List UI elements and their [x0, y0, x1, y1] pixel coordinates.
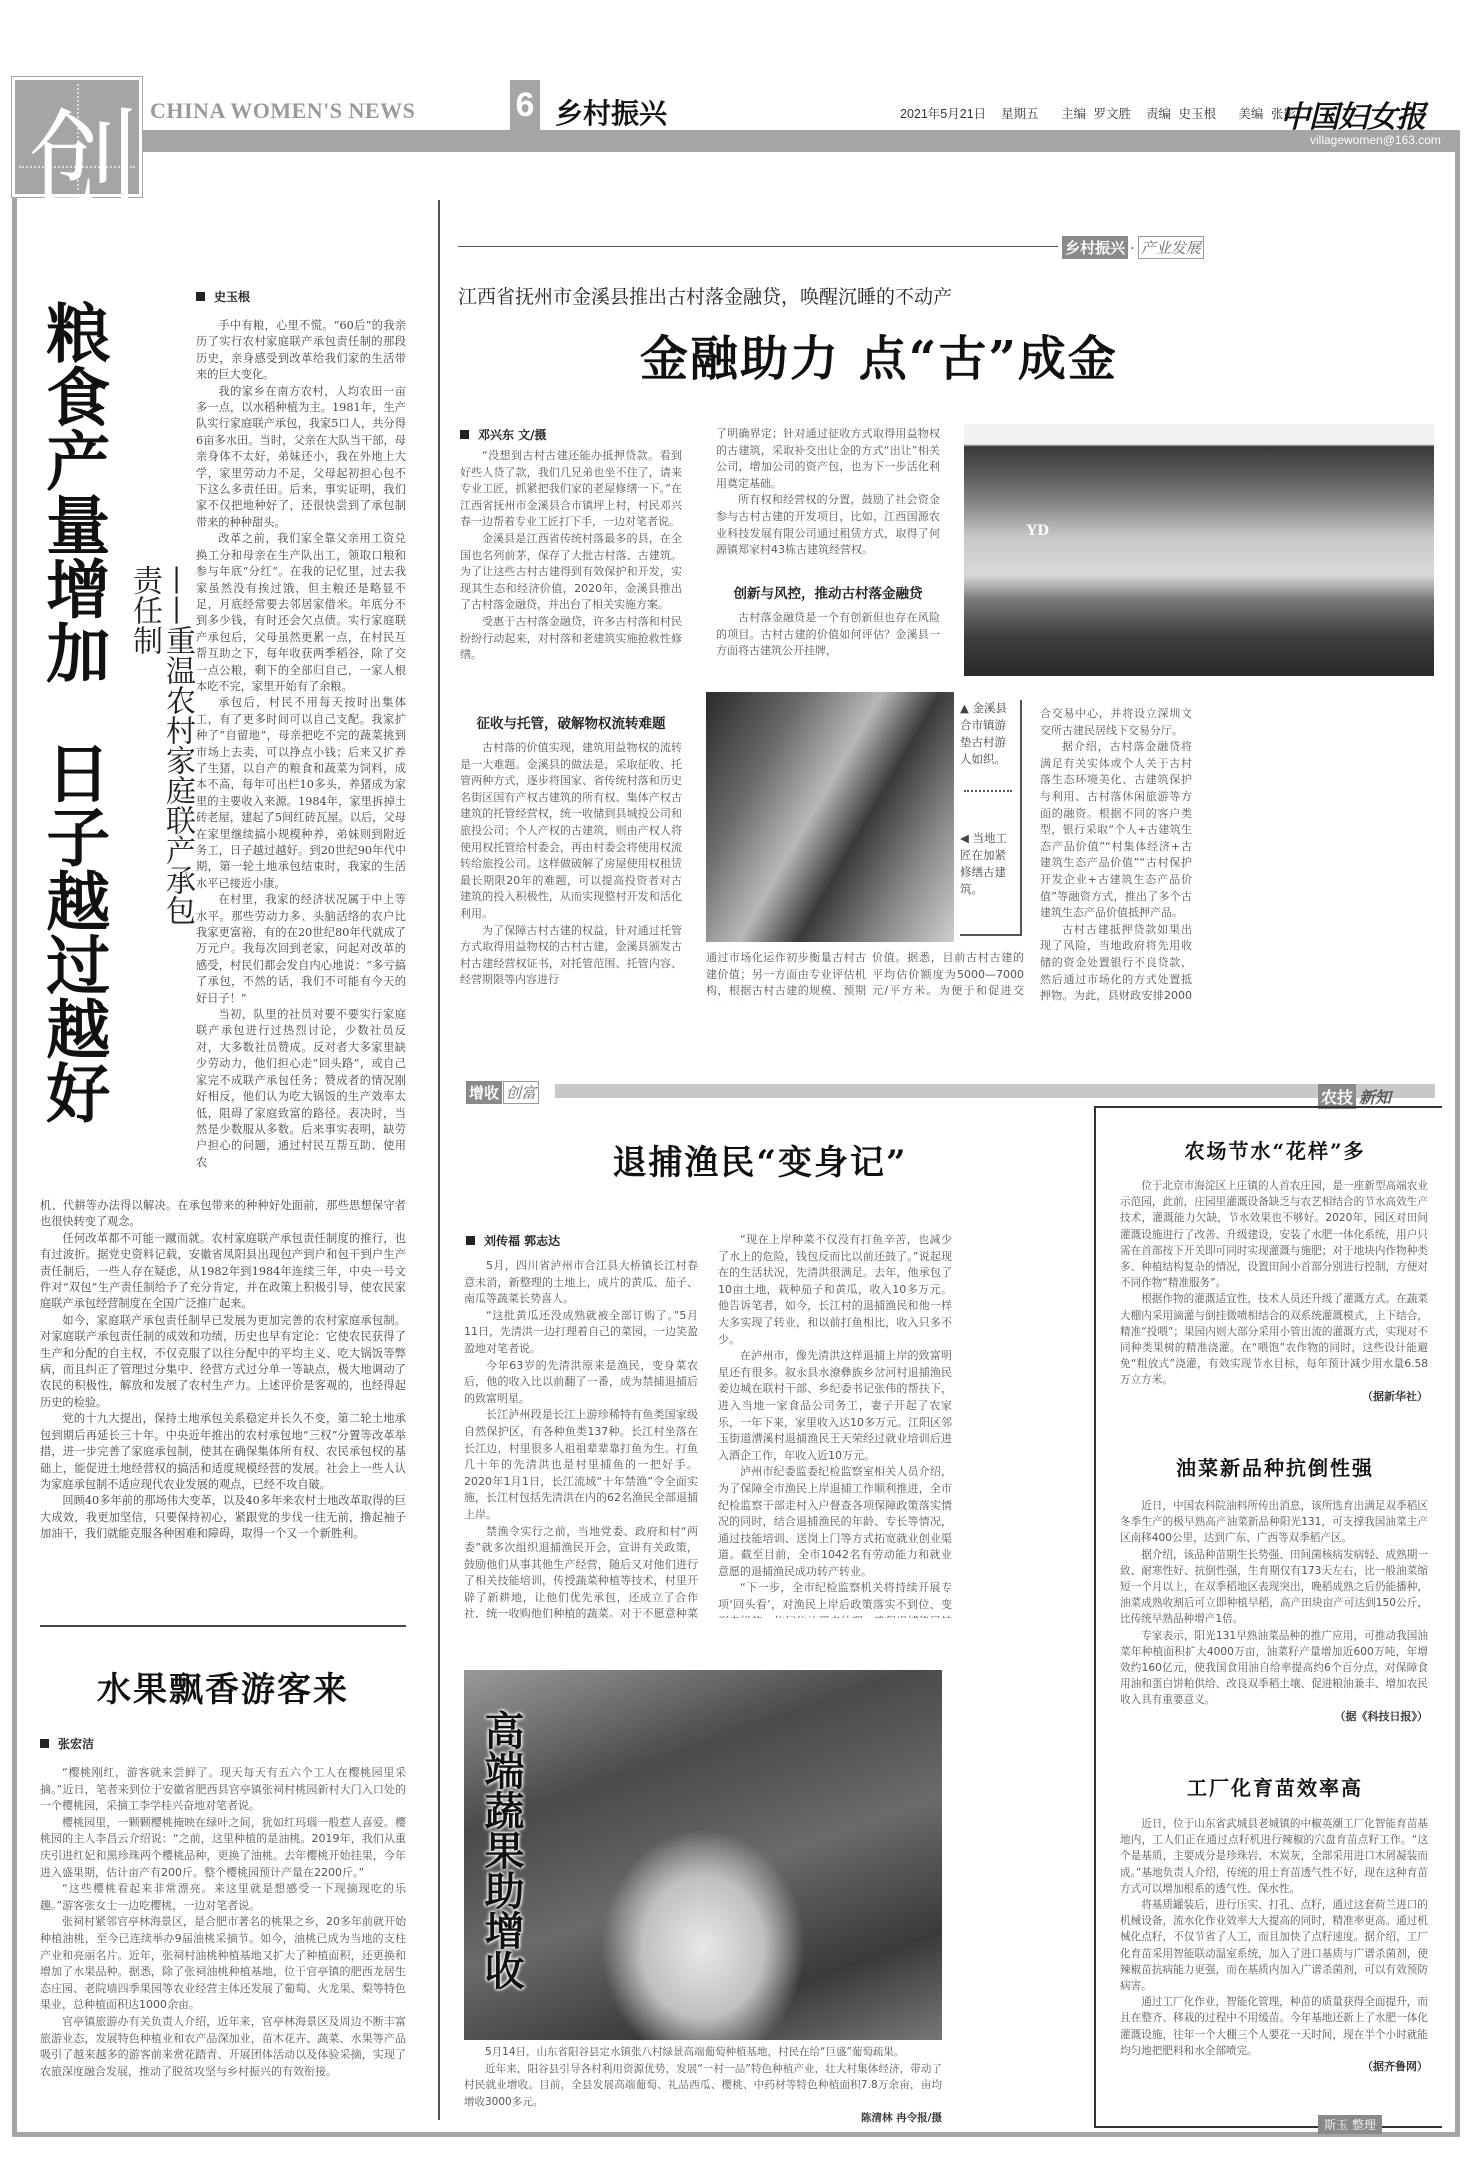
paragraph: 为了保障古村古建的权益，针对通过托管方式取得用益物权的古村古建，金溪县颁发古村古…	[460, 923, 682, 989]
byline-square-icon	[196, 292, 205, 301]
finance-col2b: 古村落金融贷是一个有创新但也存在风险的项目。古村古建的价值如何评估？金溪县一方面…	[716, 610, 940, 666]
paragraph: 禁渔令实行之前，当地党委、政府和村“两委”就多次组织退捕渔民开会，宣讲有关政策，…	[464, 1524, 698, 1619]
paragraph: 古村古建抵押贷款如果出现了风险，当地政府将先用收储的资金处置银行不良贷款，然后通…	[1040, 922, 1192, 1006]
article-headline-fishermen: 退捕渔民“变身记”	[440, 1135, 1080, 1184]
column-tag-fishermen: 增收创富	[466, 1081, 539, 1104]
subhead-finance-1: 征收与托管，破解物权流转难题	[460, 712, 682, 732]
caption-separator	[964, 790, 1012, 792]
column-tag-light: 创富	[503, 1081, 539, 1104]
paragraph: 近日，位于山东省武城县老城镇的中椒英潮工厂化智能育苗基地内，工人们正在通过点籽机…	[1120, 1816, 1428, 1897]
paper-english-name: CHINA WOMEN'S NEWS	[150, 98, 415, 124]
photo-grape-caption: 5月14日，山东省阳谷县定水镇张八村绿景高端葡萄种植基地，村民在给“巨盛”葡萄疏…	[464, 2044, 942, 2127]
subhead-finance-2: 创新与风控，推动古村落金融贷	[716, 582, 940, 602]
tech-title-1: 农场节水“花样”多	[1110, 1135, 1440, 1164]
photo-ancient-village: YD	[964, 424, 1434, 676]
tech-title-3: 工厂化育苗效率高	[1110, 1772, 1440, 1801]
column-tag-dark: 增收	[466, 1081, 502, 1104]
byline-square-icon	[460, 430, 469, 439]
issue-info: 2021年5月21日 星期五 主编 罗文胜 责编 史玉根 美编 张影	[900, 104, 1296, 122]
tech-body-1: 位于北京市海淀区上庄镇的人首农庄园，是一座新型高端农业示范园，此前，庄园里灌溉设…	[1120, 1178, 1428, 1405]
column-tag-light: 新知	[1357, 1085, 1393, 1108]
headline-line-1: 粮食产量增加	[35, 300, 110, 684]
section-logo: 创	[12, 77, 142, 197]
paragraph: 今年63岁的先清洪原来是渔民，变身菜农后，他的收入比以前翻了一番，成为禁捕退捕后…	[464, 1358, 698, 1408]
paragraph: 回顾40多年前的那场伟大变革，以及40多年来农村土地改革取得的巨大成效，我更加坚…	[40, 1493, 406, 1542]
column-tag-finance: 乡村振兴·产业发展	[1062, 236, 1204, 259]
grain-body-wide: 机、代耕等办法得以解决。在承包带来的种种好处面前，那些思想保守者也很快转变了观念…	[40, 1198, 406, 1578]
paragraph: 位于北京市海淀区上庄镇的人首农庄园，是一座新型高端农业示范园，此前，庄园里灌溉设…	[1120, 1178, 1428, 1291]
section-divider	[40, 1625, 406, 1627]
paragraph: 5月，四川省泸州市合江县大桥镇长江村春意未消，新整理的土地上，成片的黄瓜、茄子、…	[464, 1258, 698, 1308]
paragraph: 在村里，我家的经济状况属于中上等水平。那些劳动力多、头脑活络的农户比我家更富裕，…	[196, 892, 406, 1007]
box-top-rule	[1094, 1106, 1316, 1108]
paragraph: “这些樱桃看起来非常漂亮。来这里就是想感受一下现摘现吃的乐趣。”游客张女士一边吃…	[40, 1881, 406, 1914]
paragraph: 合交易中心，并将设立深圳文交所古建民居线下交易分厅。	[1040, 706, 1192, 739]
caption-line-1: 5月14日，山东省阳谷县定水镇张八村绿景高端葡萄种植基地，村民在给“巨盛”葡萄疏…	[464, 2044, 942, 2061]
tech-title-2: 油菜新品种抗倒性强	[1110, 1452, 1440, 1481]
byline-grain: 史玉根	[196, 288, 250, 305]
source-credit: （据齐鲁网）	[1120, 2059, 1428, 2075]
paragraph: 泸州市纪委监委纪检监察室相关人员介绍，为了保障全市渔民上岸退捕工作顺利推进，全市…	[718, 1464, 952, 1580]
byline-name: 史玉根	[214, 290, 250, 304]
paragraph: 当初，队里的社员对要不要实行家庭联产承包进行过热烈讨论，少数社员反对，大多数社员…	[196, 1007, 406, 1171]
finance-col2: 了明确界定；针对通过征收方式取得用益物权的古建筑，采取补交出让金的方式“出让”相…	[716, 426, 940, 566]
article-headline-grain-2: 日子越过越好	[35, 740, 109, 1140]
photo-grape-farmer: 高端蔬果助增收	[464, 1670, 942, 2040]
paragraph: “这批黄瓜还没成熟就被全部订购了。”5月11日，先清洪一边打理着自己的菜园，一边…	[464, 1308, 698, 1358]
paragraph: 了明确界定；针对通过征收方式取得用益物权的古建筑，采取补交出让金的方式“出让”相…	[716, 426, 940, 492]
paragraph: 长江泸州段是长江上游珍稀特有鱼类国家级自然保护区，有各种鱼类137种。长江村坐落…	[464, 1407, 698, 1523]
paragraph: “没想到古村古建还能办抵押贷款。看到好些人贷了款，我们几兄弟也坐不住了，请来专业…	[460, 448, 682, 531]
caption-village: ▲ 金溪县合市镇游垫古村游人如织。	[960, 700, 1016, 768]
masthead-logo: 中国妇女报	[1280, 92, 1425, 136]
paragraph: “樱桃刚红，游客就来尝鲜了。现天每天有五六个工人在樱桃园里采摘。”近日，笔者来到…	[40, 1765, 406, 1815]
headline-line-2: 日子越过越好	[35, 740, 110, 1124]
paragraph: 受惠于古村落金融贷，许多古村落和村民纷纷行动起来，对村落和老建筑实施抢救性修缮。	[460, 614, 682, 664]
caption-line-2: 近年来，阳谷县引导各村利用资源优势，发展“一村一品”特色种植产业，壮大村集体经济…	[464, 2061, 942, 2111]
page-number: 6	[510, 80, 540, 130]
column-tag-light: 产业发展	[1138, 236, 1204, 259]
source-credit: （据新华社）	[1120, 1389, 1428, 1405]
paragraph: 在泸州市，像先清洪这样退捕上岸的致富明星还有很多。叙永县水潦彝族乡岔河村退捕渔民…	[718, 1348, 952, 1464]
paragraph: 张祠村紧邻官亭林海景区，是合肥市著名的桃果之乡，20多年前就开始种植油桃，至今已…	[40, 1914, 406, 2014]
paragraph: 任何改革都不可能一蹴而就。农村家庭联产承包责任制度的推行，也有过波折。据党史资料…	[40, 1231, 406, 1313]
section-title: 乡村振兴	[555, 92, 667, 132]
source-credit: （据《科技日报》）	[1120, 1709, 1428, 1725]
paragraph: 我的家乡在南方农村，人均农田一亩多一点，以水稻种植为主。1981年，生产队实行家…	[196, 384, 406, 532]
paragraph: 专家表示，阳光131早熟油菜品种的推广应用，可推动我国油菜年种植面积扩大4000…	[1120, 1628, 1428, 1709]
byline-square-icon	[466, 1236, 475, 1245]
paragraph: 机、代耕等办法得以解决。在承包带来的种种好处面前，那些思想保守者也很快转变了观念…	[40, 1198, 406, 1231]
article-subtitle-grain: ——重温农村家庭联产承包责任制	[128, 565, 194, 945]
column-tag-dark: 乡村振兴	[1062, 236, 1128, 259]
paragraph: 古村落金融贷是一个有创新但也存在风险的项目。古村古建的价值如何评估？金溪县一方面…	[716, 610, 940, 660]
column-tag-bar	[555, 1084, 1435, 1098]
paragraph: 古村落的价值实现，建筑用益物权的流转是一大难题。金溪县的做法是，采取征收、托管两…	[460, 740, 682, 923]
finance-col1b: 古村落的价值实现，建筑用益物权的流转是一大难题。金溪县的做法是，采取征收、托管两…	[460, 740, 682, 1020]
photo-craftsman	[706, 692, 954, 942]
fruit-body: “樱桃刚红，游客就来尝鲜了。现天每天有五六个工人在樱桃园里采摘。”近日，笔者来到…	[40, 1765, 406, 2125]
paragraph: 通过工厂化作业，智能化管理，种苗的质量获得全面提升，而且在整齐、移栽的过程中不用…	[1120, 1994, 1428, 2059]
logo-character: 创	[29, 74, 139, 232]
article-headline-fruit: 水果飘香游客来	[40, 1662, 406, 1711]
paragraph: “下一步，全市纪检监察机关将持续开展专项‘回头看’，对渔民上岸后政策落实不到位、…	[718, 1580, 952, 1618]
issue-weekday: 星期五	[1001, 107, 1039, 121]
finance-bottom-col2: 价值。据悉，目前古村古建的平均估价额度为5000—7000元/平方米。为便于和促…	[872, 950, 1024, 1002]
tech-body-2: 近日，中国农科院油料所传出消息，该所选育出满足双季稻区冬季生产的极早熟高产油菜新…	[1120, 1498, 1428, 1725]
byline-fishermen: 刘传福 郭志达	[466, 1232, 560, 1249]
photo-vertical-title: 高端蔬果助增收	[480, 1710, 522, 1990]
paragraph: 官亭镇旅游办有关负责人介绍，近年来，官亭林海景区及周边不断丰富旅游业态，发展特色…	[40, 2014, 406, 2080]
paragraph: 近日，中国农科院油料所传出消息，该所选育出满足双季稻区冬季生产的极早熟高产油菜新…	[1120, 1498, 1428, 1547]
tech-body-3: 近日，位于山东省武城县老城镇的中椒英潮工厂化智能育苗基地内，工人们正在通过点籽机…	[1120, 1816, 1428, 2075]
paragraph: 根据作物的灌溉适宜性，技术人员还升级了灌溉方式。在蔬菜大棚内采用滴灌与倒挂微喷相…	[1120, 1291, 1428, 1388]
paragraph: 所有权和经营权的分置，鼓励了社会资金参与古村古建的开发项目，比如，江西国源农业科…	[716, 492, 940, 558]
contact-email[interactable]: villagewomen@163.com	[1310, 133, 1441, 147]
finance-col1: “没想到古村古建还能办抵押贷款。看到好些人贷了款，我们几兄弟也坐不住了，请来专业…	[460, 448, 682, 696]
paragraph: 据介绍，该品种苗期生长势强、田间菌核病发病轻、成熟期一致、耐寒性好、抗倒性强，生…	[1120, 1547, 1428, 1628]
paragraph: 承包后，村民不用每天按时出集体工，有了更多时间可以自己支配。我家扩种了“自留地”…	[196, 695, 406, 892]
photo-credit: 陈清林 冉令报/摄	[464, 2110, 942, 2127]
paragraph: 如今，家庭联产承包责任制早已发展为更加完善的农村家庭承包制。对家庭联产承包责任制…	[40, 1313, 406, 1411]
finance-col3: 合交易中心，并将设立深圳文交所古建民居线下交易分厅。 据介绍，古村落金融贷将满足…	[1040, 706, 1192, 1006]
byline-square-icon	[40, 1739, 49, 1748]
paragraph: 据介绍，古村落金融贷将满足有关实体或个人关于古村落生态环境美化、古建筑保护与利用…	[1040, 739, 1192, 922]
byline-fruit: 张宏洁	[40, 1735, 94, 1752]
finance-bottom-col1: 通过市场化运作初步衡量古村古建价值；另一方面由专业评估机构，根据古村古建的规模、…	[706, 950, 866, 1002]
paragraph: 改革之前，我们家全靠父亲用工资兑换工分和母亲在生产队出工，领取口粮和参与年底“分…	[196, 531, 406, 695]
article-headline-finance: 金融助力 点“古”成金	[640, 320, 1118, 389]
paragraph: 樱桃园里，一颗颗樱桃掩映在绿叶之间，犹如红玛瑙一般惹人喜爱。樱桃园的主人李昌云介…	[40, 1815, 406, 1881]
issue-date: 2021年5月21日	[900, 107, 986, 121]
photo-watermark: YD	[1026, 522, 1049, 540]
paragraph: 党的十九大提出，保持土地承包关系稳定并长久不变，第二轮土地承包到期后再延长三十年…	[40, 1411, 406, 1493]
paragraph: 金溪县是江西省传统村落最多的县，在全国也名列前茅，保存了大批古村落、古建筑。为了…	[460, 531, 682, 614]
byline-name: 刘传福 郭志达	[484, 1234, 560, 1248]
responsible-editor: 责编 史玉根	[1146, 107, 1216, 121]
byline-name: 张宏洁	[58, 1737, 94, 1751]
paragraph: 手中有粮，心里不慌。“60后”的我亲历了实行农村家庭联产承包责任制的那段历史，亲…	[196, 318, 406, 384]
paragraph: 将基质罐装后，进行压实、打孔、点籽，通过这套荷兰进口的机械设备，流水化作业效率大…	[1120, 1897, 1428, 1994]
compiler-credit: 斯玉 整理	[1318, 2115, 1382, 2134]
header-gray-bar	[142, 130, 1460, 152]
fishermen-col2: “现在上岸种菜不仅没有打鱼辛苦，也减少了水上的危险，钱包反而比以前还鼓了。”说起…	[718, 1232, 952, 1618]
fishermen-col1: 5月，四川省泸州市合江县大桥镇长江村春意未消，新整理的土地上，成片的黄瓜、茄子、…	[464, 1258, 698, 1618]
caption-craftsman: ◀ 当地工匠在加紧修缮古建筑。	[960, 830, 1016, 898]
paragraph: “现在上岸种菜不仅没有打鱼辛苦，也减少了水上的危险，钱包反而比以前还鼓了。”说起…	[718, 1232, 952, 1348]
article-kicker-finance: 江西省抚州市金溪县推出古村落金融贷，唤醒沉睡的不动产	[458, 282, 952, 309]
photo-captions: ▲ 金溪县合市镇游垫古村游人如织。 ◀ 当地工匠在加紧修缮古建筑。	[960, 700, 1022, 936]
byline-finance: 邓兴东 文/摄	[460, 426, 547, 443]
column-tag-rule	[458, 246, 1058, 247]
grain-body-narrow: 手中有粮，心里不慌。“60后”的我亲历了实行农村家庭联产承包责任制的那段历史，亲…	[196, 318, 406, 1188]
byline-name: 邓兴东 文/摄	[478, 428, 547, 442]
chief-editor: 主编 罗文胜	[1061, 107, 1131, 121]
